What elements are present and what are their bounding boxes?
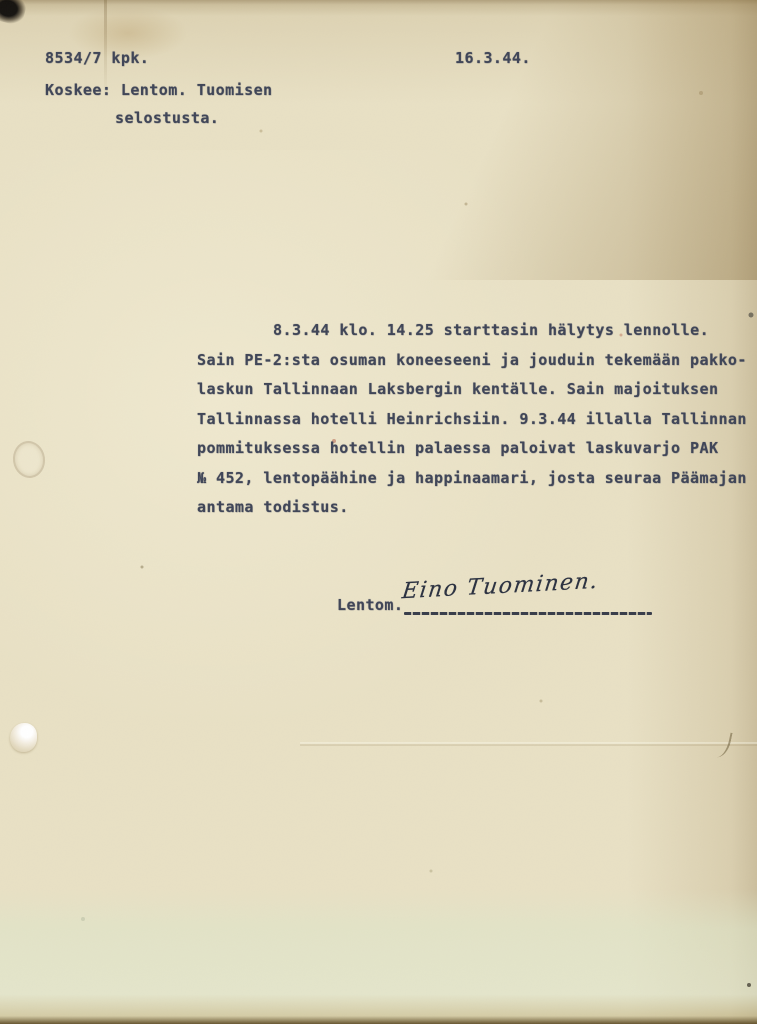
body-line: Sain PE-2:sta osuman koneeseeni ja joudu…	[197, 346, 747, 376]
corner-ink-spot	[0, 0, 28, 26]
paper-topright-shadow	[377, 0, 757, 280]
document-date: 16.3.44.	[455, 49, 531, 67]
paper-bottom-band	[0, 889, 757, 1024]
body-line: antama todistus.	[197, 493, 747, 523]
body-line: laskun Tallinnaan Laksbergin kentälle. S…	[197, 375, 747, 405]
horizontal-fold-line	[300, 742, 757, 746]
body-line: pommituksessa hotellin palaessa paloivat…	[197, 434, 747, 464]
document-photo: 8534/7 kpk. 16.3.44. Koskee: Lentom. Tuo…	[0, 0, 757, 1024]
report-body: 8.3.44 klo. 14.25 starttasin hälytys len…	[197, 316, 747, 523]
punch-hole-impression-lower	[10, 723, 37, 752]
paper-specks	[0, 0, 2, 2]
signature-label: Lentom.	[337, 596, 403, 614]
punch-hole-impression-upper	[11, 439, 48, 480]
subject-line-1: Koskee: Lentom. Tuomisen	[45, 81, 273, 99]
subject-line-2: selostusta.	[115, 109, 219, 127]
paper-tear-mark	[711, 730, 732, 760]
body-line: 8.3.44 klo. 14.25 starttasin hälytys len…	[197, 316, 747, 346]
reference-number: 8534/7 kpk.	[45, 49, 149, 67]
signature-underline	[404, 612, 652, 615]
paper-top-shadow	[0, 0, 757, 160]
signature-handwriting: Eino Tuominen.	[401, 569, 601, 604]
body-line: № 452, lentopäähine ja happinaamari, jos…	[197, 464, 747, 494]
body-line: Tallinnassa hotelli Heinrichsiin. 9.3.44…	[197, 405, 747, 435]
